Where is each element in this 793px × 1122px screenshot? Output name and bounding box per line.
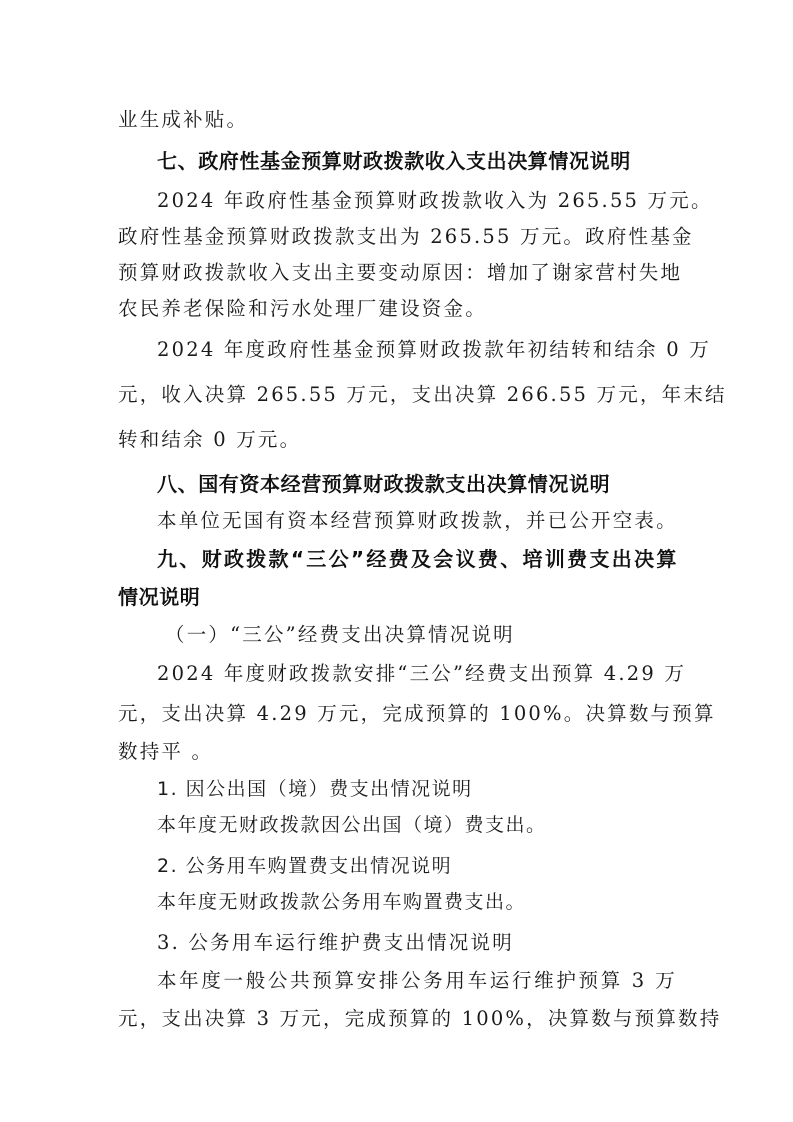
item-heading-2: 2. 公务用车购置费支出情况说明 (157, 852, 717, 880)
paragraph-line: 业生成补贴。 (118, 106, 678, 134)
section-heading-8: 八、国有资本经营预算财政拨款支出决算情况说明 (157, 470, 717, 498)
paragraph-line: 元，支出决算 4.29 万元，完成预算的 100%。决算数与预算 (118, 700, 678, 728)
item-heading-3: 3. 公务用车运行维护费支出情况说明 (157, 929, 717, 957)
document-page: 业生成补贴。 七、政府性基金预算财政拨款收入支出决算情况说明 2024 年政府性… (0, 0, 793, 1122)
item-heading-1: 1. 因公出国（境）费支出情况说明 (157, 775, 717, 803)
paragraph-line: 预算财政拨款收入支出主要变动原因：增加了谢家营村失地 (118, 259, 678, 287)
paragraph-line: 政府性基金预算财政拨款支出为 265.55 万元。政府性基金 (118, 223, 678, 251)
paragraph-line: 本年度无财政拨款因公出国（境）费支出。 (157, 811, 717, 839)
paragraph-line: 本单位无国有资本经营预算财政拨款，并已公开空表。 (157, 507, 717, 535)
paragraph-line: 2024 年度财政拨款安排“三公”经费支出预算 4.29 万 (157, 660, 677, 688)
paragraph-line: 元，收入决算 265.55 万元，支出决算 266.55 万元，年末结 (118, 381, 678, 409)
paragraph-line: 2024 年度政府性基金预算财政拨款年初结转和结余 0 万 (157, 336, 677, 364)
paragraph-line: 转和结余 0 万元。 (118, 426, 678, 454)
subsection-heading-1: （一）“三公”经费支出决算情况说明 (165, 621, 725, 649)
paragraph-line: 本年度一般公共预算安排公务用车运行维护预算 3 万 (157, 967, 677, 995)
paragraph-line: 数持平 。 (118, 738, 678, 766)
section-heading-7: 七、政府性基金预算财政拨款收入支出决算情况说明 (157, 147, 717, 175)
section-heading-9-cont: 情况说明 (118, 583, 678, 611)
section-heading-9: 九、财政拨款“三公”经费及会议费、培训费支出决算 (157, 545, 677, 573)
paragraph-line: 农民养老保险和污水处理厂建设资金。 (118, 295, 678, 323)
paragraph-line: 元，支出决算 3 万元，完成预算的 100%，决算数与预算数持 (118, 1005, 678, 1033)
paragraph-line: 2024 年政府性基金预算财政拨款收入为 265.55 万元。 (157, 187, 677, 215)
paragraph-line: 本年度无财政拨款公务用车购置费支出。 (157, 888, 717, 916)
